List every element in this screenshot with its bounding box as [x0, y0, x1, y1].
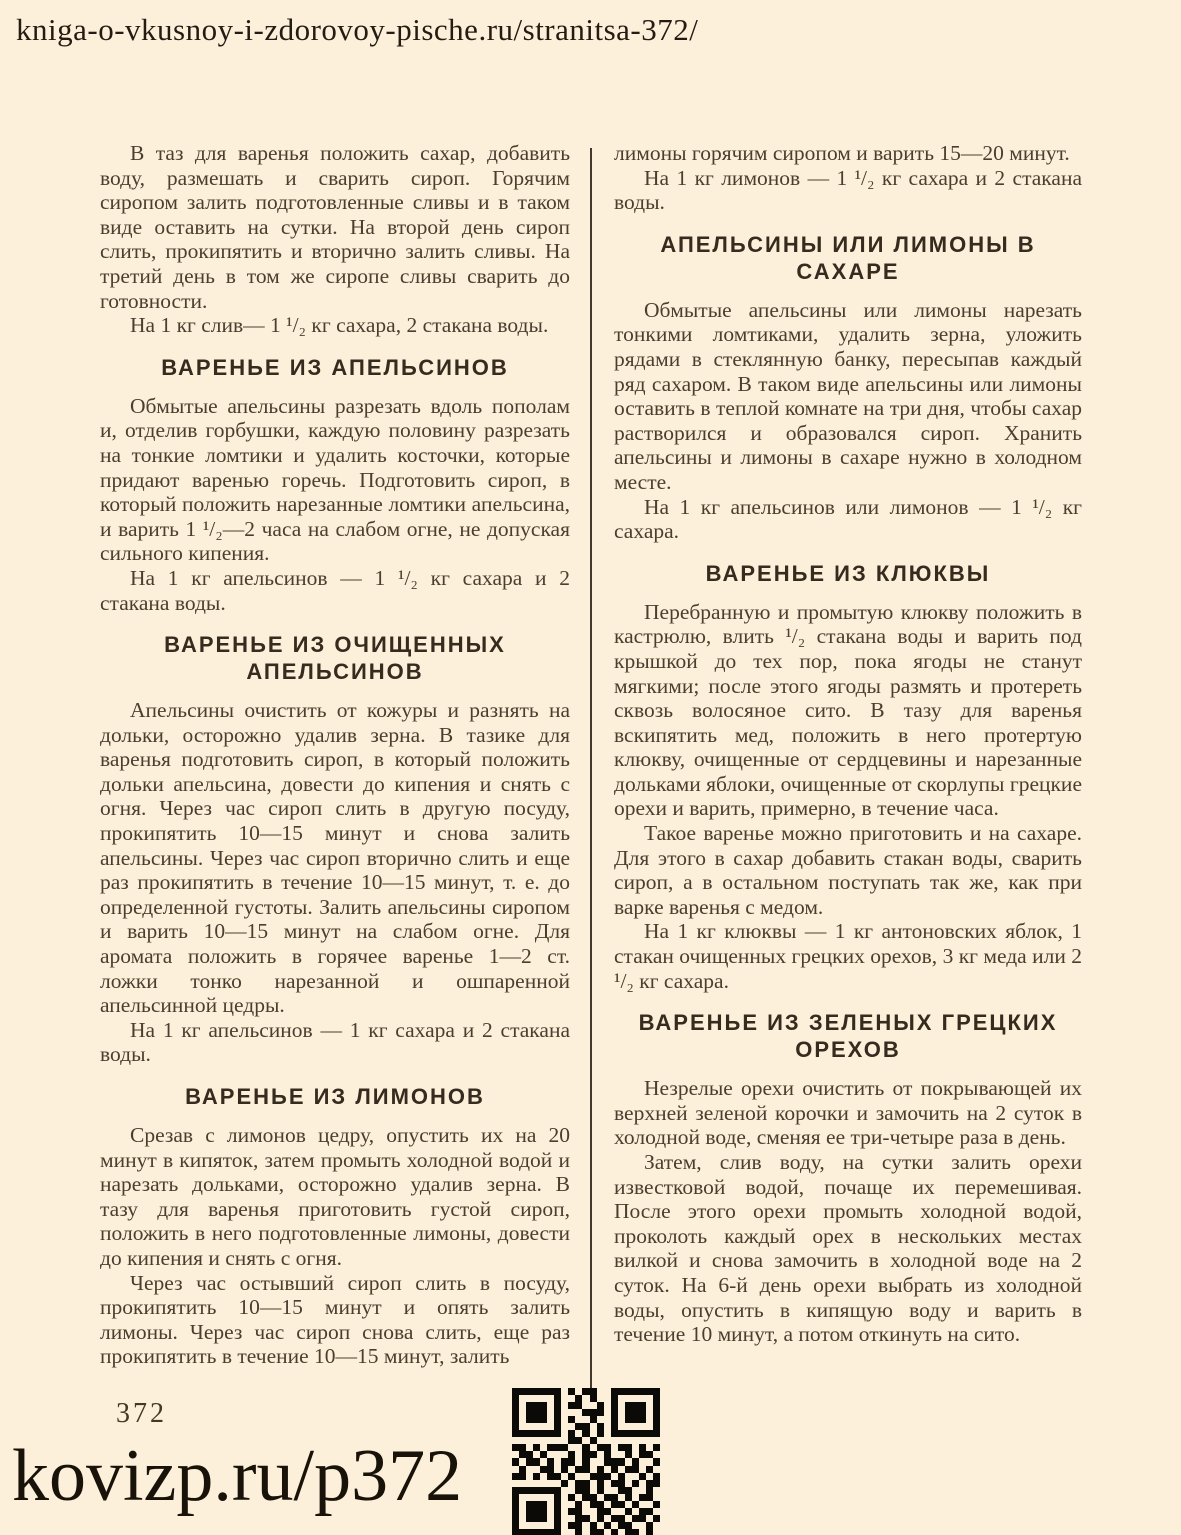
qr-module [575, 1388, 582, 1395]
qr-module [632, 1444, 639, 1451]
qr-module [512, 1522, 519, 1529]
qr-module [568, 1508, 575, 1515]
qr-module [575, 1458, 582, 1465]
qr-module [590, 1487, 597, 1494]
qr-module [639, 1487, 646, 1494]
qr-module [639, 1388, 646, 1395]
qr-module [561, 1444, 568, 1451]
qr-module [625, 1529, 632, 1535]
qr-module [639, 1515, 646, 1522]
qr-module [568, 1466, 575, 1473]
qr-module [533, 1466, 540, 1473]
qr-module [512, 1416, 519, 1423]
qr-module [639, 1423, 646, 1430]
qr-module [646, 1473, 653, 1480]
qr-module [561, 1388, 568, 1395]
qr-module [618, 1444, 625, 1451]
qr-module [632, 1466, 639, 1473]
qr-module [575, 1444, 582, 1451]
qr-module [597, 1437, 604, 1444]
recipe-paragraph: Обмытые апельсины разрезать вдоль попола… [100, 394, 570, 566]
qr-module [590, 1416, 597, 1423]
section-heading: ВАРЕНЬЕ ИЗ АПЕЛЬСИНОВ [100, 354, 570, 381]
qr-module [526, 1501, 533, 1508]
qr-module [582, 1402, 589, 1409]
qr-module [646, 1501, 653, 1508]
qr-module [590, 1508, 597, 1515]
qr-module [618, 1494, 625, 1501]
qr-module [625, 1508, 632, 1515]
qr-module [639, 1395, 646, 1402]
qr-module [519, 1515, 526, 1522]
qr-module [547, 1494, 554, 1501]
qr-module [611, 1466, 618, 1473]
qr-module [526, 1409, 533, 1416]
qr-module [632, 1451, 639, 1458]
recipe-paragraph: В таз для варенья положить сахар, добави… [100, 141, 570, 313]
qr-module [582, 1473, 589, 1480]
qr-module [526, 1437, 533, 1444]
qr-module [554, 1480, 561, 1487]
qr-module [625, 1388, 632, 1395]
qr-module [547, 1458, 554, 1465]
qr-module [590, 1466, 597, 1473]
qr-module [526, 1515, 533, 1522]
qr-module [597, 1423, 604, 1430]
qr-module [547, 1423, 554, 1430]
qr-module [582, 1395, 589, 1402]
qr-module [611, 1388, 618, 1395]
qr-module [582, 1444, 589, 1451]
qr-module [554, 1430, 561, 1437]
qr-module [540, 1487, 547, 1494]
section-heading: АПЕЛЬСИНЫ ИЛИ ЛИМОНЫ В САХАРЕ [614, 231, 1082, 285]
qr-module [554, 1444, 561, 1451]
qr-module [575, 1480, 582, 1487]
qr-module [554, 1494, 561, 1501]
qr-module [547, 1395, 554, 1402]
qr-module [533, 1437, 540, 1444]
qr-module [653, 1515, 660, 1522]
qr-module [540, 1529, 547, 1535]
qr-module [604, 1494, 611, 1501]
qr-module [646, 1416, 653, 1423]
qr-module [554, 1487, 561, 1494]
qr-module [604, 1409, 611, 1416]
qr-module [611, 1402, 618, 1409]
qr-module [632, 1416, 639, 1423]
qr-module [561, 1508, 568, 1515]
qr-module [561, 1402, 568, 1409]
qr-module [554, 1501, 561, 1508]
qr-module [554, 1437, 561, 1444]
qr-module [533, 1402, 540, 1409]
qr-module [519, 1409, 526, 1416]
qr-module [611, 1409, 618, 1416]
qr-module [575, 1473, 582, 1480]
qr-module [526, 1529, 533, 1535]
qr-module [575, 1515, 582, 1522]
qr-module [597, 1458, 604, 1465]
qr-module [653, 1473, 660, 1480]
qr-module [540, 1402, 547, 1409]
qr-module [618, 1473, 625, 1480]
qr-module [632, 1409, 639, 1416]
qr-module [554, 1409, 561, 1416]
qr-module [568, 1388, 575, 1395]
qr-module [533, 1451, 540, 1458]
qr-module [582, 1529, 589, 1535]
recipe-paragraph: Обмытые апельсины или лимоны нарезать то… [614, 298, 1082, 495]
qr-module [625, 1501, 632, 1508]
qr-module [540, 1395, 547, 1402]
qr-module [590, 1388, 597, 1395]
qr-module [561, 1480, 568, 1487]
qr-module [526, 1487, 533, 1494]
qr-module [625, 1451, 632, 1458]
qr-module [653, 1451, 660, 1458]
qr-module [561, 1458, 568, 1465]
qr-module [547, 1416, 554, 1423]
qr-module [632, 1395, 639, 1402]
qr-module [611, 1501, 618, 1508]
qr-module [618, 1529, 625, 1535]
qr-module [561, 1522, 568, 1529]
qr-module [526, 1522, 533, 1529]
qr-module [582, 1480, 589, 1487]
qr-module [597, 1501, 604, 1508]
qr-module [568, 1515, 575, 1522]
qr-module [632, 1458, 639, 1465]
qr-module [582, 1451, 589, 1458]
qr-module [582, 1437, 589, 1444]
qr-module [646, 1522, 653, 1529]
qr-module [512, 1529, 519, 1535]
qr-module [568, 1409, 575, 1416]
qr-module [653, 1416, 660, 1423]
recipe-paragraph: лимоны горячим сиропом и варить 15—20 ми… [614, 141, 1082, 166]
qr-module [618, 1522, 625, 1529]
qr-module [540, 1522, 547, 1529]
qr-module [547, 1480, 554, 1487]
qr-module [590, 1451, 597, 1458]
qr-module [526, 1458, 533, 1465]
qr-module [568, 1402, 575, 1409]
qr-module [618, 1430, 625, 1437]
qr-module [632, 1515, 639, 1522]
qr-module [653, 1388, 660, 1395]
qr-module [561, 1430, 568, 1437]
qr-module [512, 1466, 519, 1473]
qr-module [547, 1451, 554, 1458]
qr-module [526, 1466, 533, 1473]
qr-module [604, 1501, 611, 1508]
qr-module [575, 1437, 582, 1444]
qr-module [646, 1508, 653, 1515]
qr-module [554, 1466, 561, 1473]
recipe-paragraph: Незрелые орехи очистить от покрывающей и… [614, 1076, 1082, 1150]
section-heading: ВАРЕНЬЕ ИЗ ОЧИЩЕННЫХ АПЕЛЬСИНОВ [100, 631, 570, 685]
qr-module [653, 1430, 660, 1437]
qr-module [582, 1515, 589, 1522]
qr-module [618, 1487, 625, 1494]
qr-module [561, 1423, 568, 1430]
qr-module [611, 1458, 618, 1465]
qr-module [639, 1522, 646, 1529]
qr-module [618, 1402, 625, 1409]
qr-module [547, 1529, 554, 1535]
qr-module [604, 1458, 611, 1465]
qr-module [597, 1451, 604, 1458]
qr-module [604, 1402, 611, 1409]
qr-module [568, 1522, 575, 1529]
qr-module [540, 1480, 547, 1487]
qr-module [639, 1444, 646, 1451]
qr-module [540, 1437, 547, 1444]
qr-module [533, 1473, 540, 1480]
qr-module [540, 1423, 547, 1430]
qr-module [639, 1402, 646, 1409]
qr-module [639, 1501, 646, 1508]
qr-module [547, 1466, 554, 1473]
qr-module [646, 1388, 653, 1395]
qr-module [582, 1487, 589, 1494]
qr-module [590, 1402, 597, 1409]
column-divider-rule [590, 148, 592, 1390]
qr-module [512, 1480, 519, 1487]
qr-module [632, 1473, 639, 1480]
qr-module [540, 1458, 547, 1465]
qr-module [611, 1444, 618, 1451]
qr-module [604, 1508, 611, 1515]
qr-module [526, 1473, 533, 1480]
book-page: kniga-o-vkusnoy-i-zdorovoy-pische.ru/str… [0, 0, 1181, 1535]
recipe-paragraph: Апельсины очистить от кожуры и разнять н… [100, 698, 570, 1018]
qr-module [575, 1522, 582, 1529]
qr-module [611, 1515, 618, 1522]
qr-module [568, 1423, 575, 1430]
qr-module [639, 1458, 646, 1465]
qr-module [653, 1402, 660, 1409]
qr-module [590, 1395, 597, 1402]
qr-module [519, 1487, 526, 1494]
qr-module [561, 1437, 568, 1444]
qr-module [561, 1409, 568, 1416]
qr-module [618, 1451, 625, 1458]
qr-module [632, 1494, 639, 1501]
qr-module [611, 1423, 618, 1430]
qr-module [533, 1522, 540, 1529]
qr-module [632, 1430, 639, 1437]
recipe-paragraph: На 1 кг лимонов — 1 ¹/₂ кг сахара и 2 ст… [614, 166, 1082, 215]
qr-module [561, 1416, 568, 1423]
qr-module [533, 1480, 540, 1487]
qr-module [611, 1480, 618, 1487]
qr-module [519, 1444, 526, 1451]
qr-module [568, 1451, 575, 1458]
qr-module [526, 1395, 533, 1402]
qr-module [597, 1402, 604, 1409]
section-heading: ВАРЕНЬЕ ИЗ ЗЕЛЕНЫХ ГРЕЦКИХ ОРЕХОВ [614, 1009, 1082, 1063]
qr-module [604, 1487, 611, 1494]
qr-module [547, 1508, 554, 1515]
qr-module [604, 1395, 611, 1402]
qr-module [519, 1480, 526, 1487]
qr-module [653, 1458, 660, 1465]
qr-module [618, 1388, 625, 1395]
qr-module [590, 1515, 597, 1522]
qr-module [625, 1522, 632, 1529]
qr-module [540, 1466, 547, 1473]
qr-module [604, 1423, 611, 1430]
qr-module [512, 1458, 519, 1465]
qr-module [597, 1430, 604, 1437]
qr-module [625, 1409, 632, 1416]
qr-module [590, 1444, 597, 1451]
qr-module [611, 1522, 618, 1529]
qr-module [625, 1487, 632, 1494]
qr-module [639, 1473, 646, 1480]
qr-module [646, 1409, 653, 1416]
qr-module [604, 1480, 611, 1487]
qr-module [540, 1494, 547, 1501]
qr-module [618, 1501, 625, 1508]
qr-module [639, 1451, 646, 1458]
qr-module [533, 1487, 540, 1494]
qr-module [611, 1508, 618, 1515]
qr-module [512, 1487, 519, 1494]
recipe-paragraph: Перебранную и промытую клюкву положить в… [614, 600, 1082, 821]
qr-module [526, 1430, 533, 1437]
qr-module [512, 1501, 519, 1508]
qr-module [561, 1529, 568, 1535]
qr-module [653, 1529, 660, 1535]
qr-module [519, 1466, 526, 1473]
qr-module [540, 1430, 547, 1437]
qr-module [632, 1522, 639, 1529]
qr-module [646, 1395, 653, 1402]
qr-module [618, 1416, 625, 1423]
qr-module [653, 1409, 660, 1416]
qr-module [597, 1508, 604, 1515]
qr-module [575, 1501, 582, 1508]
qr-module [632, 1529, 639, 1535]
qr-module [575, 1416, 582, 1423]
qr-module [582, 1458, 589, 1465]
qr-module [512, 1430, 519, 1437]
qr-module [625, 1402, 632, 1409]
qr-module [547, 1473, 554, 1480]
qr-module [590, 1494, 597, 1501]
qr-module [597, 1480, 604, 1487]
qr-module [561, 1451, 568, 1458]
qr-module [575, 1494, 582, 1501]
qr-module [547, 1437, 554, 1444]
page-number: 372 [116, 1398, 167, 1430]
qr-module [512, 1444, 519, 1451]
qr-module [568, 1430, 575, 1437]
qr-module [639, 1437, 646, 1444]
qr-module [590, 1458, 597, 1465]
qr-module [533, 1494, 540, 1501]
qr-module [568, 1395, 575, 1402]
qr-module [575, 1529, 582, 1535]
qr-module [526, 1444, 533, 1451]
qr-module [519, 1416, 526, 1423]
qr-module [611, 1430, 618, 1437]
qr-module [575, 1423, 582, 1430]
qr-module [582, 1501, 589, 1508]
qr-module [625, 1423, 632, 1430]
recipe-paragraph: Такое варенье можно приготовить и на сах… [614, 821, 1082, 919]
qr-module [604, 1466, 611, 1473]
qr-module [646, 1529, 653, 1535]
qr-module [618, 1395, 625, 1402]
qr-module [519, 1395, 526, 1402]
qr-module [625, 1430, 632, 1437]
source-url-text: kniga-o-vkusnoy-i-zdorovoy-pische.ru/str… [16, 12, 698, 48]
qr-module [639, 1508, 646, 1515]
qr-module [597, 1515, 604, 1522]
qr-module [646, 1487, 653, 1494]
qr-module [646, 1423, 653, 1430]
qr-module [590, 1529, 597, 1535]
qr-module [625, 1515, 632, 1522]
qr-module [646, 1458, 653, 1465]
qr-module [554, 1416, 561, 1423]
qr-module [597, 1388, 604, 1395]
qr-module [575, 1487, 582, 1494]
qr-module [604, 1473, 611, 1480]
qr-module [604, 1437, 611, 1444]
qr-module [639, 1430, 646, 1437]
qr-module [632, 1501, 639, 1508]
qr-module [597, 1494, 604, 1501]
qr-module [526, 1508, 533, 1515]
qr-module [512, 1473, 519, 1480]
qr-module [611, 1416, 618, 1423]
qr-module [597, 1395, 604, 1402]
qr-module [590, 1522, 597, 1529]
qr-module [582, 1409, 589, 1416]
recipe-paragraph: Затем, слив воду, на сутки залить орехи … [614, 1150, 1082, 1347]
qr-module [618, 1423, 625, 1430]
qr-module [519, 1388, 526, 1395]
qr-module [512, 1494, 519, 1501]
qr-module [582, 1430, 589, 1437]
qr-module [526, 1423, 533, 1430]
qr-module [519, 1508, 526, 1515]
qr-module [561, 1466, 568, 1473]
qr-module [547, 1487, 554, 1494]
qr-module [625, 1458, 632, 1465]
qr-module [611, 1473, 618, 1480]
qr-module [533, 1388, 540, 1395]
qr-module [519, 1501, 526, 1508]
qr-module [604, 1515, 611, 1522]
qr-module [639, 1494, 646, 1501]
qr-module [597, 1416, 604, 1423]
qr-module [632, 1480, 639, 1487]
qr-module [561, 1473, 568, 1480]
text-column-right: лимоны горячим сиропом и варить 15—20 ми… [614, 141, 1082, 1347]
qr-module [625, 1466, 632, 1473]
qr-module [526, 1402, 533, 1409]
qr-module [512, 1515, 519, 1522]
qr-module [568, 1458, 575, 1465]
qr-module [604, 1529, 611, 1535]
qr-module [582, 1522, 589, 1529]
